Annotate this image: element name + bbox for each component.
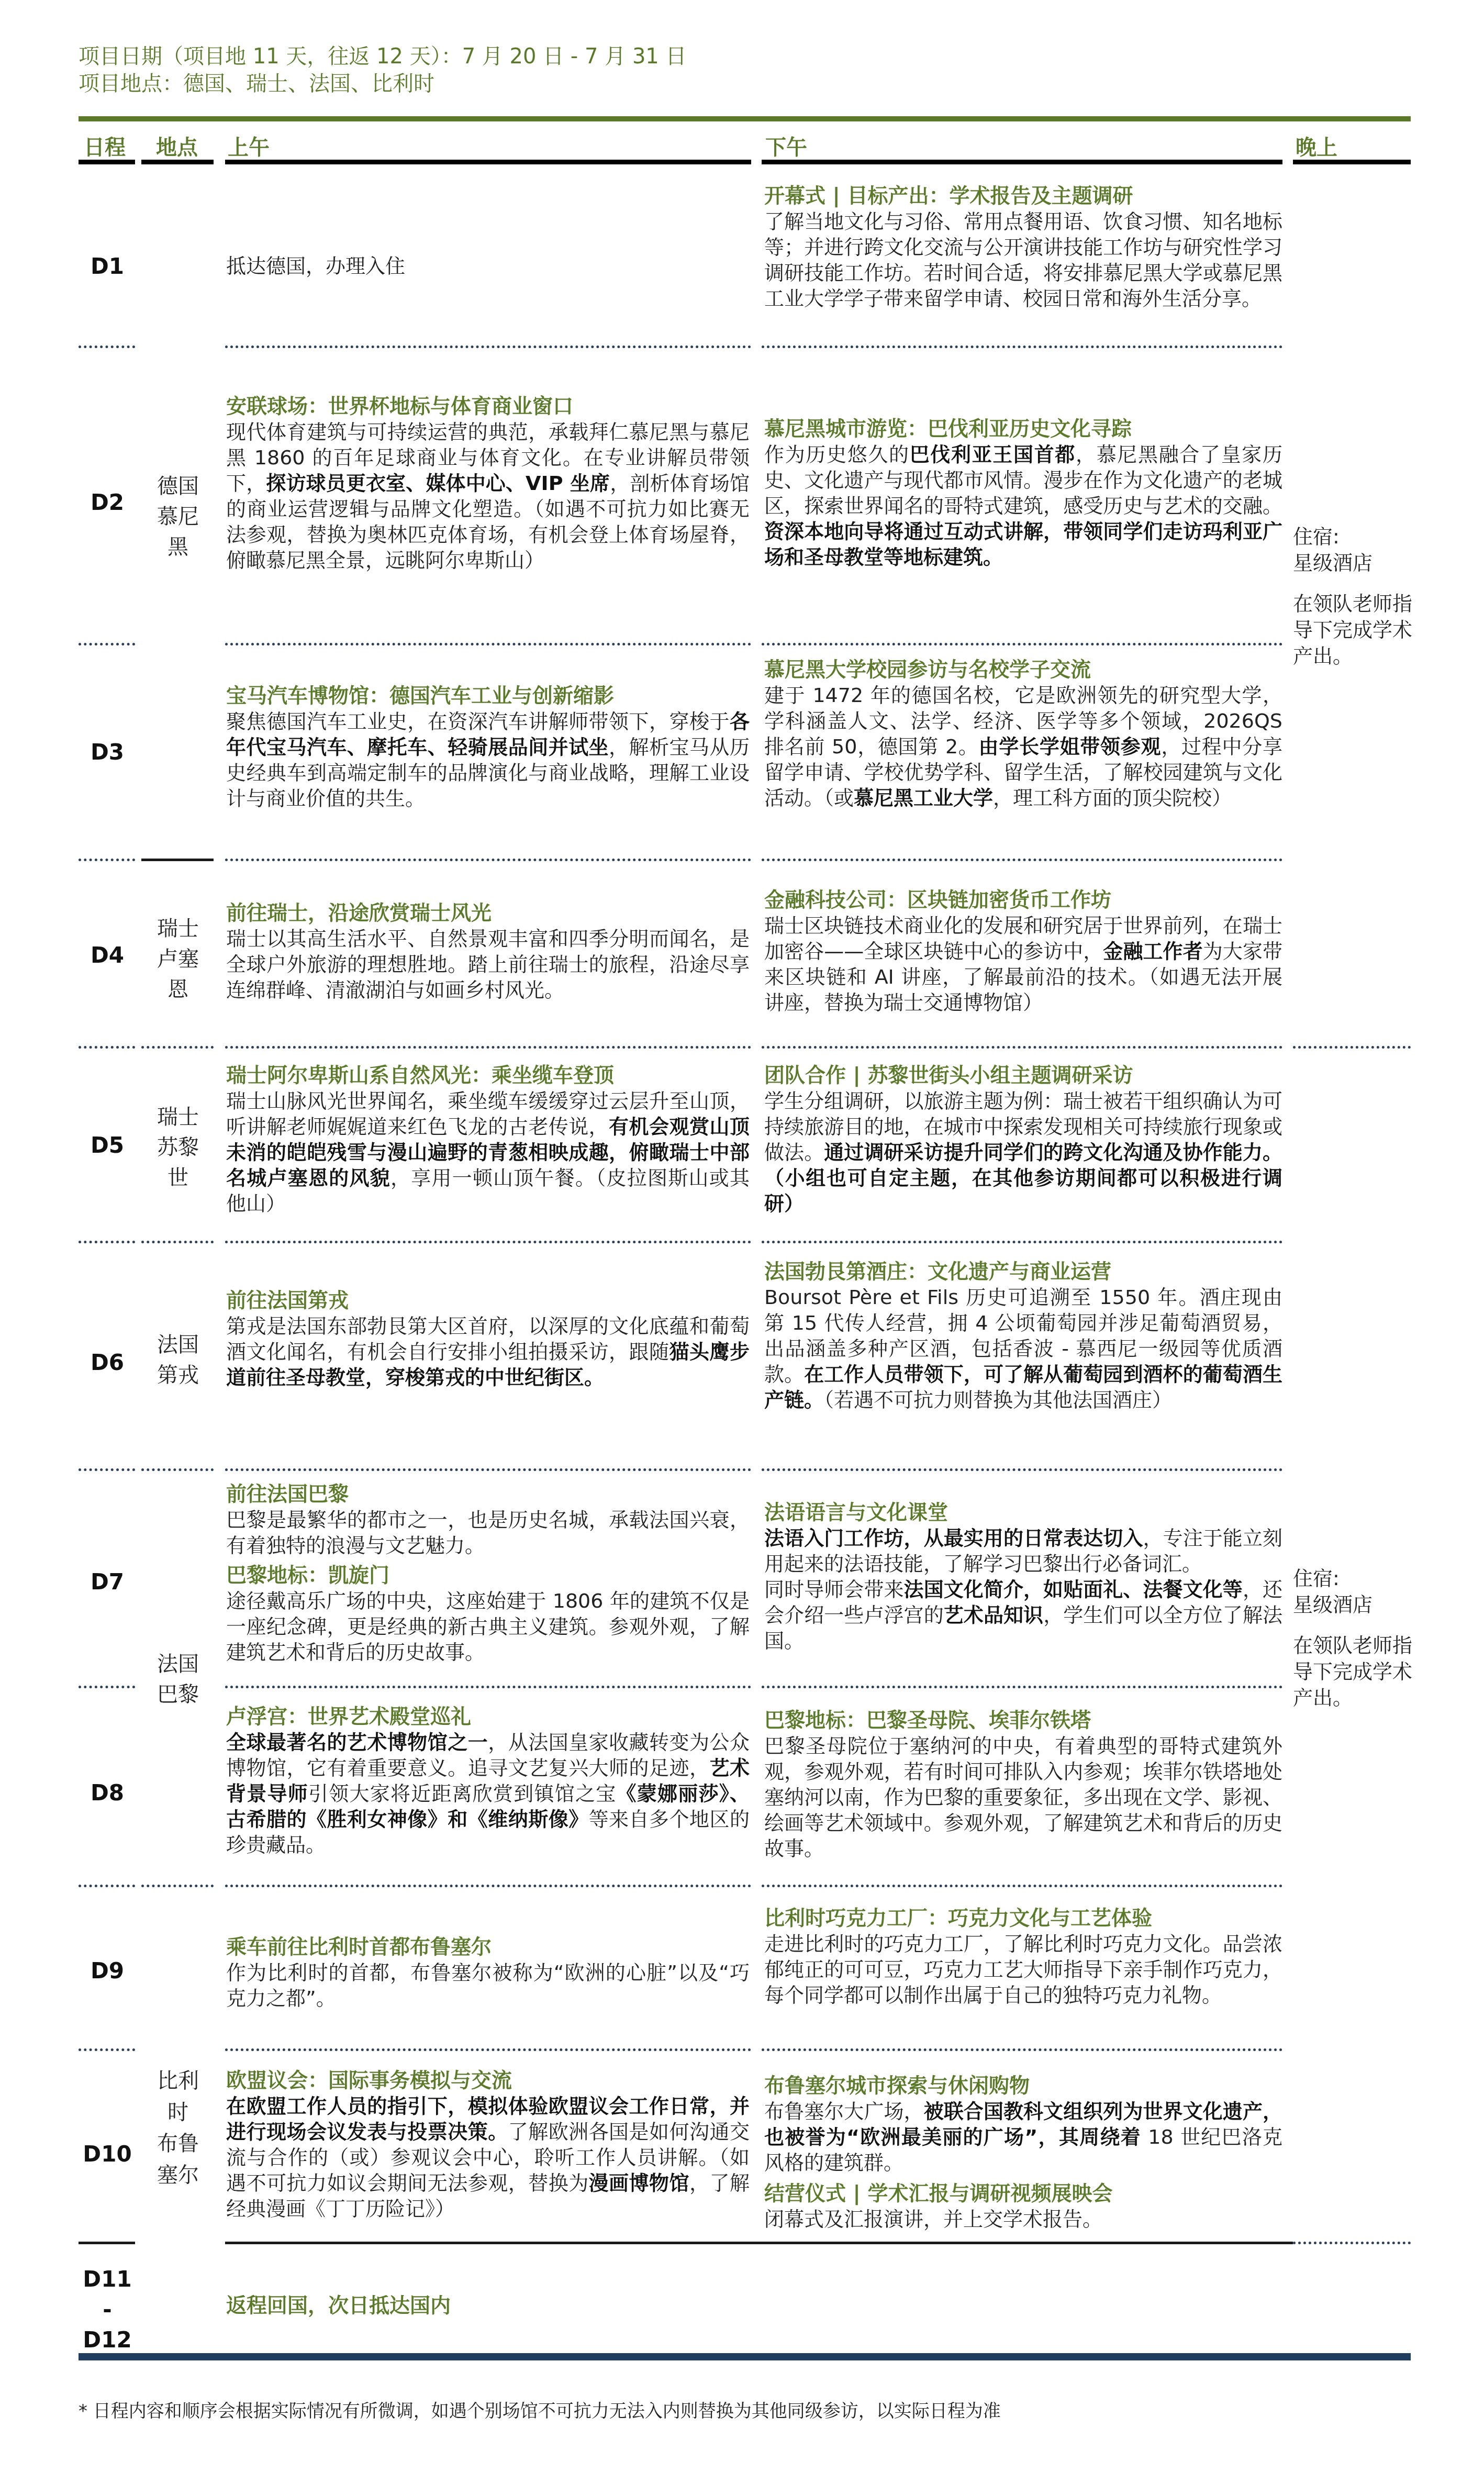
row-divider — [225, 346, 751, 348]
row-divider — [225, 1885, 751, 1887]
activity-title: 瑞士阿尔卑斯山系自然风光：乘坐缆车登顶 — [226, 1063, 750, 1088]
day-label: D3 — [79, 739, 136, 765]
row-divider — [762, 1885, 1282, 1887]
row-divider — [141, 1468, 214, 1471]
header-evening: 晚上 — [1296, 131, 1337, 161]
stay-value: 星级酒店 — [1293, 550, 1413, 576]
row-divider — [79, 859, 135, 861]
row-divider — [79, 643, 135, 645]
activity-title: 开幕式 | 目标产出：学术报告及主题调研 — [764, 183, 1282, 209]
activity-highlight: 法国文化简介，如贴面礼、法餐文化等 — [904, 1578, 1243, 1601]
location-line: 塞尔 — [147, 2159, 209, 2191]
activity-highlight: 由学长学姐带领参观 — [979, 735, 1162, 758]
row-divider — [1293, 1046, 1411, 1049]
evening-note: 在领队老师指导下完成学术产出。 — [1293, 591, 1413, 669]
day-label: D6 — [79, 1350, 136, 1375]
row-divider — [225, 2242, 1293, 2244]
header-day: 日程 — [84, 131, 126, 161]
activity-title: 宝马汽车博物馆：德国汽车工业与创新缩影 — [226, 683, 750, 709]
activity-text: 作为比利时的首都，布鲁塞尔被称为“欧洲的心脏”以及“巧克力之都”。 — [226, 1961, 750, 2010]
location-line: 慕尼 — [147, 502, 209, 532]
row-divider — [79, 2242, 135, 2244]
d1-pm: 开幕式 | 目标产出：学术报告及主题调研 了解当地文化与习俗、常用点餐用语、饮食… — [764, 183, 1282, 311]
header-location: 地点 — [156, 131, 198, 161]
location-line: 巴黎 — [147, 1679, 209, 1710]
activity-highlight: 金融工作者 — [1103, 940, 1202, 963]
table-bottom-rule — [79, 2353, 1411, 2360]
activity-title: 结营仪式 | 学术汇报与调研视频展映会 — [764, 2181, 1282, 2207]
d5-pm: 团队合作 | 苏黎世街头小组主题调研采访 学生分组调研，以旅游主题为例：瑞士被若… — [764, 1063, 1282, 1217]
row-divider — [79, 1046, 135, 1049]
location-line: 法国 — [147, 1649, 209, 1679]
row-divider — [762, 1241, 1282, 1243]
location-lucerne: 瑞士 卢塞 恩 — [147, 914, 209, 1005]
footnote: * 日程内容和顺序会根据实际情况有所微调，如遇个别场馆不可抗力无法入内则替换为其… — [79, 2397, 1001, 2422]
activity-title: 欧盟议会：国际事务模拟与交流 — [226, 2068, 750, 2093]
activity-title: 团队合作 | 苏黎世街头小组主题调研采访 — [764, 1063, 1282, 1088]
activity-highlight: 资深本地向导将通过互动式讲解，带领同学们走访玛利亚广场和圣母教堂等地标建筑。 — [764, 520, 1282, 569]
location-line: 第戎 — [147, 1360, 209, 1390]
row-divider — [79, 346, 135, 348]
d2-am: 安联球场：世界杯地标与体育商业窗口 现代体育建筑与可持续运营的典范，承载拜仁慕尼… — [226, 394, 750, 573]
activity-title: 卢浮宫：世界艺术殿堂巡礼 — [226, 1704, 750, 1730]
header-rule — [762, 160, 1282, 164]
activity-text: 同时导师会带来 — [764, 1578, 904, 1601]
row-divider — [762, 643, 1282, 645]
row-divider — [141, 1046, 214, 1049]
activity-title: 前往法国第戎 — [226, 1288, 750, 1313]
table-top-rule — [79, 116, 1411, 121]
activity-text: 瑞士以其高生活水平、自然景观丰富和四季分明而闻名，是全球户外旅游的理想胜地。踏上… — [226, 927, 750, 1001]
header-rule — [79, 160, 135, 164]
location-paris: 法国 巴黎 — [147, 1649, 209, 1710]
activity-highlight: 艺术品知识 — [944, 1603, 1043, 1627]
row-divider — [225, 2048, 751, 2051]
header-pm: 下午 — [765, 131, 807, 161]
row-divider — [141, 1241, 214, 1243]
row-divider — [762, 346, 1282, 348]
day-label: D4 — [79, 942, 136, 968]
day-label: D9 — [79, 1958, 136, 1984]
location-line: 比利 — [147, 2065, 209, 2097]
d9-pm: 比利时巧克力工厂：巧克力文化与工艺体验 走进比利时的巧克力工厂，了解比利时巧克力… — [764, 1906, 1282, 2008]
evening-block: 住宿: 星级酒店 在领队老师指导下完成学术产出。 — [1293, 1565, 1413, 1711]
activity-title: 乘车前往比利时首都布鲁塞尔 — [226, 1934, 750, 1960]
location-zurich: 瑞士 苏黎 世 — [147, 1102, 209, 1193]
day-label: D7 — [79, 1569, 136, 1595]
activity-title: 巴黎地标：巴黎圣母院、埃菲尔铁塔 — [764, 1708, 1282, 1733]
day-label: D11 — [79, 2264, 136, 2294]
header-rule — [1293, 160, 1411, 164]
activity-text: 途径戴高乐广场的中央，这座始建于 1806 年的建筑不仅是一座纪念碑，更是经典的… — [226, 1589, 750, 1664]
activity-highlight: 全球最著名的艺术博物馆之一 — [226, 1731, 488, 1754]
activity-text: 巴黎圣母院位于塞纳河的中央，有着典型的哥特式建筑外观，参观外观，若有时间可排队入… — [764, 1734, 1282, 1860]
location-line: 黑 — [147, 532, 209, 562]
d3-pm: 慕尼黑大学校园参访与名校学子交流 建于 1472 年的德国名校，它是欧洲领先的研… — [764, 657, 1282, 811]
d7-pm: 法语语言与文化课堂 法语入门工作坊，从最实用的日常表达切入，专注于能立刻用起来的… — [764, 1500, 1282, 1654]
activity-text: 引领大家将近距离欣赏到镇馆之宝 — [308, 1782, 617, 1805]
header-am: 上午 — [228, 131, 270, 161]
row-divider — [225, 859, 751, 861]
stay-label: 住宿: — [1293, 1565, 1413, 1591]
activity-title: 比利时巧克力工厂：巧克力文化与工艺体验 — [764, 1906, 1282, 1931]
d2-pm: 慕尼黑城市游览：巴伐利亚历史文化寻踪 作为历史悠久的巴伐利亚王国首都，慕尼黑融合… — [764, 416, 1282, 570]
activity-highlight: 漫画博物馆 — [589, 2171, 689, 2194]
activity-text: ，理工科方面的顶尖院校） — [993, 786, 1232, 809]
row-divider — [79, 1241, 135, 1243]
row-divider — [762, 1686, 1282, 1688]
d11-am: 返程回国，次日抵达国内 — [226, 2293, 750, 2319]
location-line: 布鲁 — [147, 2128, 209, 2159]
stay-value: 星级酒店 — [1293, 1591, 1413, 1618]
evening-block: 住宿: 星级酒店 在领队老师指导下完成学术产出。 — [1293, 523, 1413, 669]
row-divider — [762, 1468, 1282, 1471]
d8-am: 卢浮宫：世界艺术殿堂巡礼 全球最著名的艺术博物馆之一，从法国皇家收藏转变为公众博… — [226, 1704, 750, 1858]
activity-title: 法国勃艮第酒庄：文化遗产与商业运营 — [764, 1259, 1282, 1285]
activity-text: 闭幕式及汇报演讲，并上交学术报告。 — [764, 2208, 1102, 2231]
day-label: D1 — [79, 253, 136, 279]
location-germany: 德国 慕尼 黑 — [147, 471, 209, 562]
row-divider — [141, 1885, 214, 1887]
d6-pm: 法国勃艮第酒庄：文化遗产与商业运营 Boursot Père et Fils 历… — [764, 1259, 1282, 1413]
row-divider — [225, 643, 751, 645]
activity-highlight: 通过调研采访提升同学们的跨文化沟通及协作能力。（小组也可自定主题，在其他参访期间… — [764, 1141, 1282, 1215]
location-line: 卢塞 — [147, 944, 209, 974]
d5-am: 瑞士阿尔卑斯山系自然风光：乘坐缆车登顶 瑞士山脉风光世界闻名，乘坐缆车缓缓穿过云… — [226, 1063, 750, 1217]
project-dates: 项目日期（项目地 11 天，往返 12 天）：7 月 20 日 - 7 月 31… — [79, 43, 687, 70]
activity-title: 慕尼黑大学校园参访与名校学子交流 — [764, 657, 1282, 683]
day-label: D8 — [79, 1780, 136, 1806]
activity-highlight: 慕尼黑工业大学 — [854, 786, 993, 809]
activity-title: 金融科技公司：区块链加密货币工作坊 — [764, 887, 1282, 913]
activity-text: 聚焦德国汽车工业史，在资深汽车讲解师带领下，穿梭于 — [226, 710, 730, 733]
d4-am: 前往瑞士，沿途欣赏瑞士风光 瑞士以其高生活水平、自然景观丰富和四季分明而闻名，是… — [226, 900, 750, 1003]
activity-highlight: 探访球员更衣室、媒体中心、VIP 坐席 — [266, 472, 610, 495]
row-divider — [225, 1468, 751, 1471]
activity-title: 布鲁塞尔城市探索与休闲购物 — [764, 2073, 1282, 2099]
header-rule — [225, 160, 751, 164]
d10-am: 欧盟议会：国际事务模拟与交流 在欧盟工作人员的指引下，模拟体验欧盟议会工作日常，… — [226, 2068, 750, 2222]
row-divider — [225, 1241, 751, 1243]
location-brussels: 比利 时 布鲁 塞尔 — [147, 2065, 209, 2191]
day-label: D12 — [79, 2325, 136, 2355]
day-label: D5 — [79, 1132, 136, 1158]
row-divider — [79, 1885, 135, 1887]
day-label: D2 — [79, 489, 136, 515]
row-divider — [225, 1046, 751, 1049]
activity-title: 法语语言与文化课堂 — [764, 1500, 1282, 1525]
header-rule — [141, 160, 214, 164]
row-divider — [225, 1686, 751, 1688]
location-dijon: 法国 第戎 — [147, 1330, 209, 1390]
location-divider — [141, 859, 214, 861]
row-divider — [79, 1468, 135, 1471]
row-divider — [762, 859, 1282, 861]
d1-am: 抵达德国，办理入住 — [226, 253, 750, 279]
project-places: 项目地点：德国、瑞士、法国、比利时 — [79, 70, 687, 97]
location-line: 苏黎 — [147, 1132, 209, 1163]
activity-text: 布鲁塞尔大广场， — [764, 2100, 924, 2123]
day-label-range: D11 - D12 — [79, 2264, 136, 2355]
d6-am: 前往法国第戎 第戎是法国东部勃艮第大区首府，以深厚的文化底蕴和葡萄酒文化闻名，有… — [226, 1288, 750, 1390]
activity-title: 前往瑞士，沿途欣赏瑞士风光 — [226, 900, 750, 926]
row-divider — [762, 2048, 1282, 2051]
activity-text: 走进比利时的巧克力工厂，了解比利时巧克力文化。品尝浓郁纯正的可可豆，巧克力工艺大… — [764, 1932, 1282, 2007]
row-divider — [79, 2048, 135, 2051]
d1-am-text: 抵达德国，办理入住 — [226, 254, 405, 277]
activity-text: （若遇不可抗力则替换为其他法国酒庄） — [824, 1388, 1172, 1411]
d9-am: 乘车前往比利时首都布鲁塞尔 作为比利时的首都，布鲁塞尔被称为“欧洲的心脏”以及“… — [226, 1934, 750, 2011]
d3-am: 宝马汽车博物馆：德国汽车工业与创新缩影 聚焦德国汽车工业史，在资深汽车讲解师带领… — [226, 683, 750, 811]
stay-label: 住宿: — [1293, 523, 1413, 550]
activity-title: 慕尼黑城市游览：巴伐利亚历史文化寻踪 — [764, 416, 1282, 442]
activity-highlight: 巴伐利亚王国首都 — [910, 443, 1076, 466]
d8-pm: 巴黎地标：巴黎圣母院、埃菲尔铁塔 巴黎圣母院位于塞纳河的中央，有着典型的哥特式建… — [764, 1708, 1282, 1862]
location-line: 恩 — [147, 974, 209, 1005]
location-line: 瑞士 — [147, 914, 209, 944]
d7-am: 前往法国巴黎 巴黎是最繁华的都市之一，也是历史名城，承载法国兴衰，有着独特的浪漫… — [226, 1481, 750, 1665]
activity-text: 作为历史悠久的 — [764, 443, 910, 466]
activity-title: 巴黎地标：凯旋门 — [226, 1563, 750, 1588]
activity-text: 了解当地文化与习俗、常用点餐用语、饮食习惯、知名地标等；并进行跨文化交流与公开演… — [764, 210, 1282, 310]
evening-note: 在领队老师指导下完成学术产出。 — [1293, 1632, 1413, 1711]
d10-pm: 布鲁塞尔城市探索与休闲购物 布鲁塞尔大广场，被联合国教科文组织列为世界文化遗产，… — [764, 2073, 1282, 2232]
project-meta: 项目日期（项目地 11 天，往返 12 天）：7 月 20 日 - 7 月 31… — [79, 43, 687, 97]
day-label: D10 — [79, 2141, 136, 2167]
location-line: 世 — [147, 1163, 209, 1193]
location-line: 瑞士 — [147, 1102, 209, 1132]
d4-pm: 金融科技公司：区块链加密货币工作坊 瑞士区块链技术商业化的发展和研究居于世界前列… — [764, 887, 1282, 1016]
activity-highlight: 法语入门工作坊，从最实用的日常表达切入 — [764, 1527, 1143, 1550]
activity-title: 前往法国巴黎 — [226, 1481, 750, 1507]
activity-text: 巴黎是最繁华的都市之一，也是历史名城，承载法国兴衰，有着独特的浪漫与文艺魅力。 — [226, 1508, 750, 1557]
row-divider — [762, 1046, 1282, 1049]
activity-title: 安联球场：世界杯地标与体育商业窗口 — [226, 394, 750, 419]
activity-title: 返程回国，次日抵达国内 — [226, 2293, 750, 2319]
day-range-dash: - — [79, 2294, 136, 2325]
location-line: 时 — [147, 2097, 209, 2128]
location-line: 法国 — [147, 1330, 209, 1360]
row-divider — [79, 1686, 135, 1688]
row-divider — [1293, 2242, 1411, 2244]
location-line: 德国 — [147, 471, 209, 502]
